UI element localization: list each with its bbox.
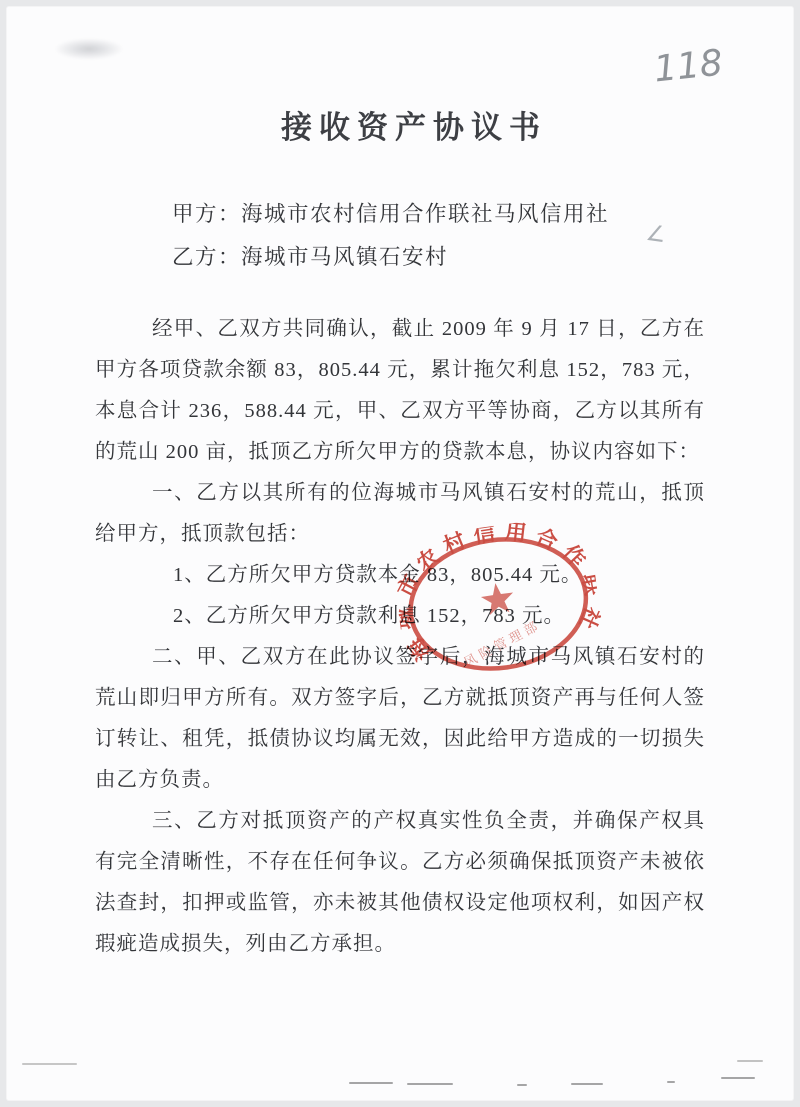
party-a-label: 甲方： (172, 202, 241, 226)
scan-artifact (571, 1083, 603, 1085)
paragraph-clause-3: 三、乙方对抵顶资产的产权真实性负全责，并确保产权具有完全清晰性，不存在任何争议。… (95, 801, 705, 965)
paragraph-preamble: 经甲、乙双方共同确认，截止 2009 年 9 月 17 日，乙方在甲方各项贷款余… (95, 309, 705, 473)
official-red-stamp: 海城市农村信用合作联社 风险管理部 (388, 513, 607, 691)
party-b-line: 乙方：海城市马风镇石安村 (172, 236, 794, 279)
stamp-star-icon (479, 581, 515, 616)
party-a-line: 甲方：海城市农村信用合作联社马风信用社 (172, 193, 794, 236)
party-b-label: 乙方： (172, 245, 241, 269)
paragraph-clause-2: 二、甲、乙双方在此协议签字后，海城市马风镇石安村的荒山即归甲方所有。双方签字后，… (95, 637, 705, 801)
pencil-check-mark: ∠ (644, 221, 667, 249)
document-title: 接收资产协议书 (20, 102, 800, 147)
scan-artifact (407, 1083, 453, 1085)
parties-block: 甲方：海城市农村信用合作联社马风信用社 乙方：海城市马风镇石安村 (172, 193, 794, 279)
party-a-name: 海城市农村信用合作联社马风信用社 (241, 202, 609, 226)
scan-artifact (349, 1082, 393, 1084)
agreement-body: 经甲、乙双方共同确认，截止 2009 年 9 月 17 日，乙方在甲方各项贷款余… (95, 309, 705, 965)
scan-artifact (737, 1060, 763, 1062)
handwritten-page-number: 118 (652, 43, 725, 91)
scan-artifact (721, 1077, 755, 1079)
pencil-smudge (54, 38, 124, 60)
document-page: 118 接收资产协议书 甲方：海城市农村信用合作联社马风信用社 乙方：海城市马风… (6, 6, 794, 1101)
scan-artifact (667, 1081, 675, 1083)
scan-artifact (517, 1084, 527, 1086)
scan-artifact (22, 1063, 77, 1065)
party-b-name: 海城市马风镇石安村 (241, 245, 448, 269)
